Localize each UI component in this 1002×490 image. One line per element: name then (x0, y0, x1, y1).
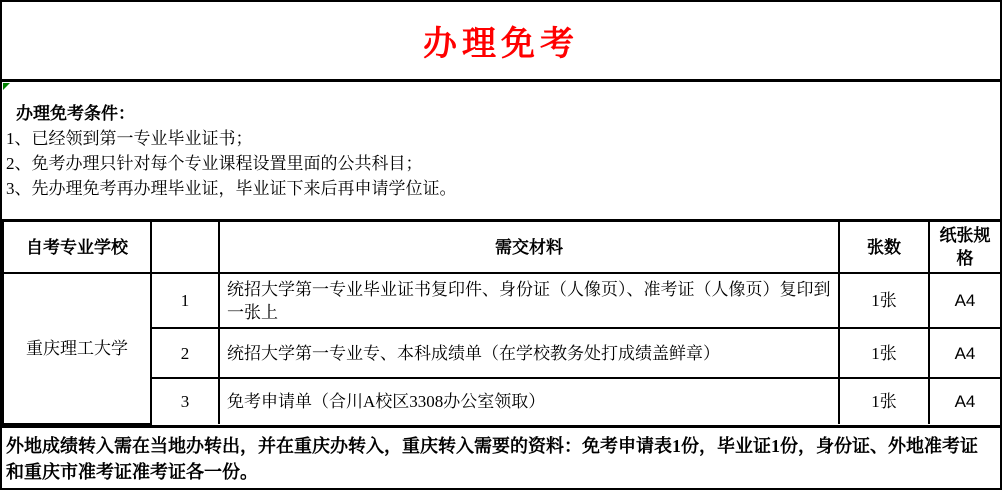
col-header-index (151, 222, 219, 273)
col-header-school: 自考专业学校 (3, 222, 151, 273)
index-cell: 1 (151, 273, 219, 328)
materials-table: 自考专业学校 需交材料 张数 纸张规格 重庆理工大学 1 统招大学第一专业毕业证… (2, 222, 1002, 425)
table-row: 3 免考申请单（合川A校区3308办公室领取） 1张 A4 (3, 378, 1001, 424)
title-band: 办理免考 (2, 2, 1000, 82)
material-cell: 免考申请单（合川A校区3308办公室领取） (219, 378, 839, 424)
conditions-heading: 办理免考条件： (6, 101, 994, 126)
index-cell: 3 (151, 378, 219, 424)
table-row: 2 统招大学第一专业专、本科成绩单（在学校教务处打成绩盖鲜章） 1张 A4 (3, 328, 1001, 378)
school-cell: 重庆理工大学 (3, 273, 151, 424)
condition-item-2: 2、免考办理只针对每个专业课程设置里面的公共科目； (6, 151, 994, 176)
page-title: 办理免考 (423, 16, 579, 65)
table-header-row: 自考专业学校 需交材料 张数 纸张规格 (3, 222, 1001, 273)
paper-cell: A4 (929, 378, 1001, 424)
material-cell: 统招大学第一专业毕业证书复印件、身份证（人像页）、准考证（人像页）复印到一张上 (219, 273, 839, 328)
condition-item-3: 3、先办理免考再办理毕业证，毕业证下来后再申请学位证。 (6, 176, 994, 201)
col-header-paper: 纸张规格 (929, 222, 1001, 273)
col-header-sheets: 张数 (839, 222, 929, 273)
transfer-note: 外地成绩转入需在当地办转出，并在重庆办转入，重庆转入需要的资料：免考申请表1份，… (2, 425, 1000, 488)
condition-item-1: 1、已经领到第一专业毕业证书； (6, 126, 994, 151)
sheets-cell: 1张 (839, 378, 929, 424)
col-header-materials: 需交材料 (219, 222, 839, 273)
table-row: 重庆理工大学 1 统招大学第一专业毕业证书复印件、身份证（人像页）、准考证（人像… (3, 273, 1001, 328)
material-cell: 统招大学第一专业专、本科成绩单（在学校教务处打成绩盖鲜章） (219, 328, 839, 378)
sheets-cell: 1张 (839, 273, 929, 328)
index-cell: 2 (151, 328, 219, 378)
paper-cell: A4 (929, 328, 1001, 378)
exemption-sheet: 办理免考 办理免考条件： 1、已经领到第一专业毕业证书； 2、免考办理只针对每个… (0, 0, 1002, 490)
cell-corner-indicator-icon (3, 83, 10, 90)
paper-cell: A4 (929, 273, 1001, 328)
conditions-section: 办理免考条件： 1、已经领到第一专业毕业证书； 2、免考办理只针对每个专业课程设… (2, 82, 1000, 222)
sheets-cell: 1张 (839, 328, 929, 378)
